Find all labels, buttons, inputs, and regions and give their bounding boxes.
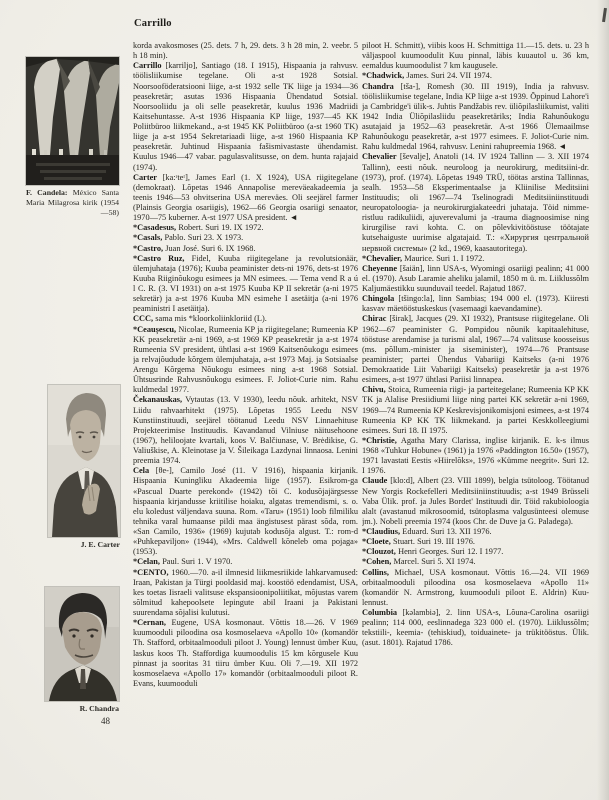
entry-body: [ka:ʳteʳ], James Earl (1. X 1924), USA r… [133, 173, 358, 223]
dictionary-entry: Claude [klo:d], Albert (23. VIII 1899), … [362, 476, 589, 527]
entry-term: *CENTO, [133, 568, 169, 577]
chandra-portrait-photo [45, 587, 119, 701]
figure-caption: R. Chandra [45, 704, 119, 714]
entry-term: Chivu, [362, 385, 386, 394]
dictionary-entry: *Castro, Juan José. Suri 6. IX 1968. [133, 244, 358, 254]
entry-body: [klo:d], Albert (23. VIII 1899), belgia … [362, 476, 589, 526]
dictionary-entry: *Celan, Paul. Suri 1. V 1970. [133, 557, 358, 567]
dictionary-entry: *Chevalier, Maurice. Suri 1. I 1972. [362, 254, 589, 264]
dictionary-entry: *CENTO, 1960.—70. a-il ilmnesid liikmesr… [133, 568, 358, 619]
dictionary-entry: Chevalier [ševalje], Anatoli (14. IV 192… [362, 152, 589, 253]
entry-term: Collins, [362, 568, 389, 577]
dictionary-entry: Carter [ka:ʳteʳ], James Earl (1. X 1924)… [133, 173, 358, 224]
entry-term: *Claudius, [362, 527, 400, 536]
entry-term: *Casadesus, [133, 223, 176, 232]
entry-body: piloot H. Schmitt), viibis koos H. Schmi… [362, 41, 589, 70]
entry-body: [tša-], Romesh (30. III 1919), India ja … [362, 82, 589, 152]
figure-chandra-portrait: R. Chandra [45, 587, 119, 714]
text-column-left: korda avakosmoses (25. dets. 7 h, 29. de… [133, 41, 358, 717]
entry-body: korda avakosmoses (25. dets. 7 h, 29. de… [133, 41, 358, 60]
dictionary-entry: *Cernan, Eugene, USA kosmonaut. Võttis 1… [133, 618, 358, 689]
entry-term: Columbia [362, 608, 397, 617]
dictionary-entry: *Casals, Pablo. Suri 23. X 1973. [133, 233, 358, 243]
entry-term: *Cernan, [133, 618, 166, 627]
encyclopedia-page: Carrillo F. Candela: México Santa Maria … [0, 0, 609, 800]
entry-term: *Castro Ruz, [133, 254, 184, 263]
dictionary-entry: *Claudius, Eduard. Suri 13. XII 1976. [362, 527, 589, 537]
entry-term: *Cloete, [362, 537, 391, 546]
entry-body: [širak], Jacques (29. XI 1932), Prantsus… [362, 314, 589, 384]
figure-caption: F. Candela: México Santa Maria Milagrosa… [26, 188, 119, 217]
entry-body: [karriljo], Santiago (18. I 1915), Hispa… [133, 61, 358, 171]
dictionary-entry: Columbia [kəlambiə], 2. linn USA-s, Lõun… [362, 608, 589, 649]
dictionary-entry: Chingola [tšingo:la], linn Sambias; 194 … [362, 294, 589, 314]
entry-term: Chirac [362, 314, 386, 323]
dictionary-entry: *Casadesus, Robert. Suri 19. IX 1972. [133, 223, 358, 233]
candela-church-photo [26, 57, 119, 185]
entry-body: Pablo. Suri 23. X 1973. [162, 233, 243, 242]
entry-body: Robert. Suri 19. IX 1972. [176, 223, 263, 232]
dictionary-entry: CCC, sama mis *kloorkoliinkloriid (L). [133, 314, 358, 324]
entry-body: [θe-], Camilo José (11. V 1916), hispaan… [133, 466, 358, 556]
entry-body: Stuart. Suri 19. III 1976. [391, 537, 475, 546]
figure-caption: J. E. Carter [48, 540, 120, 550]
entry-body: Marcel. Suri 5. XI 1974. [391, 557, 475, 566]
entry-term: Carrillo [133, 61, 162, 70]
entry-term: *Casals, [133, 233, 162, 242]
entry-term: Carter [133, 173, 157, 182]
dictionary-entry: *Ceaușescu, Nicolae, Rumeenia KP ja riig… [133, 325, 358, 396]
entry-body: [kəlambiə], 2. linn USA-s, Lõuna-Carolin… [362, 608, 589, 647]
entry-body: Maurice. Suri 1. I 1972. [402, 254, 484, 263]
entry-term: CCC, [133, 314, 153, 323]
entry-body: Nicolae, Rumeenia KP ja riigitegelane; R… [133, 325, 358, 395]
entry-term: *Ceaușescu, [133, 325, 176, 334]
entry-body: Henri Georges. Suri 12. I 1977. [396, 547, 503, 556]
entry-term: *Castro, [133, 244, 163, 253]
scan-corner-mark [602, 8, 607, 22]
page-number: 48 [101, 716, 110, 726]
entry-term: *Chevalier, [362, 254, 402, 263]
entry-body: Stoica, Rumeenia riigi- ja parteitegelan… [362, 385, 589, 435]
figure-carter-portrait: J. E. Carter [48, 385, 120, 550]
dictionary-entry: korda avakosmoses (25. dets. 7 h, 29. de… [133, 41, 358, 61]
dictionary-entry: Chirac [širak], Jacques (29. XI 1932), P… [362, 314, 589, 385]
figure-candela-church: F. Candela: México Santa Maria Milagrosa… [26, 57, 119, 217]
dictionary-entry: Chivu, Stoica, Rumeenia riigi- ja partei… [362, 385, 589, 436]
dictionary-entry: *Chadwick, James. Suri 24. VII 1974. [362, 71, 589, 81]
entry-term: Cela [133, 466, 149, 475]
dictionary-entry: *Cloete, Stuart. Suri 19. III 1976. [362, 537, 589, 547]
entry-body: [ševalje], Anatoli (14. IV 1924 Tallinn … [362, 152, 589, 252]
carter-portrait-photo [48, 385, 120, 537]
entry-body: [šaiän], linn USA-s, Wyomingi osariigi p… [362, 264, 589, 293]
dictionary-entry: Collins, Michael, USA kosmonaut. Võttis … [362, 568, 589, 609]
entry-term: *Chadwick, [362, 71, 404, 80]
page-edge-shadow [597, 0, 609, 800]
text-column-right: piloot H. Schmitt), viibis koos H. Schmi… [362, 41, 589, 711]
entry-term: Chevalier [362, 152, 397, 161]
entry-body: Paul. Suri 1. V 1970. [160, 557, 232, 566]
dictionary-entry: *Clouzot, Henri Georges. Suri 12. I 1977… [362, 547, 589, 557]
dictionary-entry: Carrillo [karriljo], Santiago (18. I 191… [133, 61, 358, 172]
entry-body: James. Suri 24. VII 1974. [404, 71, 492, 80]
entry-term: Chingola [362, 294, 394, 303]
entry-body: Juan José. Suri 6. IX 1968. [163, 244, 255, 253]
entry-term: *Clouzot, [362, 547, 396, 556]
running-header: Carrillo [134, 18, 172, 29]
dictionary-entry: *Castro Ruz, Fidel, Kuuba riigitegelane … [133, 254, 358, 315]
entry-body: sama mis *kloorkoliinkloriid (L). [153, 314, 267, 323]
dictionary-entry: *Christie, Agatha Mary Clarissa, inglise… [362, 436, 589, 477]
entry-body: Vytautas (13. V 1930), leedu nõuk. arhit… [133, 395, 358, 465]
entry-term: Cheyenne [362, 264, 397, 273]
entry-body: Agatha Mary Clarissa, inglise kirjanik. … [362, 436, 589, 475]
entry-body: [tšingo:la], linn Sambias; 194 000 el. (… [362, 294, 589, 313]
dictionary-entry: Cheyenne [šaiän], linn USA-s, Wyomingi o… [362, 264, 589, 294]
dictionary-entry: piloot H. Schmitt), viibis koos H. Schmi… [362, 41, 589, 71]
entry-term: *Christie, [362, 436, 397, 445]
dictionary-entry: Čekanauskas, Vytautas (13. V 1930), leed… [133, 395, 358, 466]
entry-body: Michael, USA kosmonaut. Võttis 16.—24. V… [362, 568, 589, 607]
entry-term: *Celan, [133, 557, 160, 566]
entry-term: Čekanauskas, [133, 395, 182, 404]
entry-term: *Cohen, [362, 557, 391, 566]
entry-body: Eugene, USA kosmonaut. Võttis 18.—26. V … [133, 618, 358, 688]
caption-author: F. Candela: [26, 188, 68, 197]
dictionary-entry: *Cohen, Marcel. Suri 5. XI 1974. [362, 557, 589, 567]
entry-term: Claude [362, 476, 387, 485]
entry-term: Chandra [362, 82, 394, 91]
entry-body: Eduard. Suri 13. XII 1976. [400, 527, 492, 536]
dictionary-entry: Chandra [tša-], Romesh (30. III 1919), I… [362, 82, 589, 153]
dictionary-entry: Cela [θe-], Camilo José (11. V 1916), hi… [133, 466, 358, 557]
